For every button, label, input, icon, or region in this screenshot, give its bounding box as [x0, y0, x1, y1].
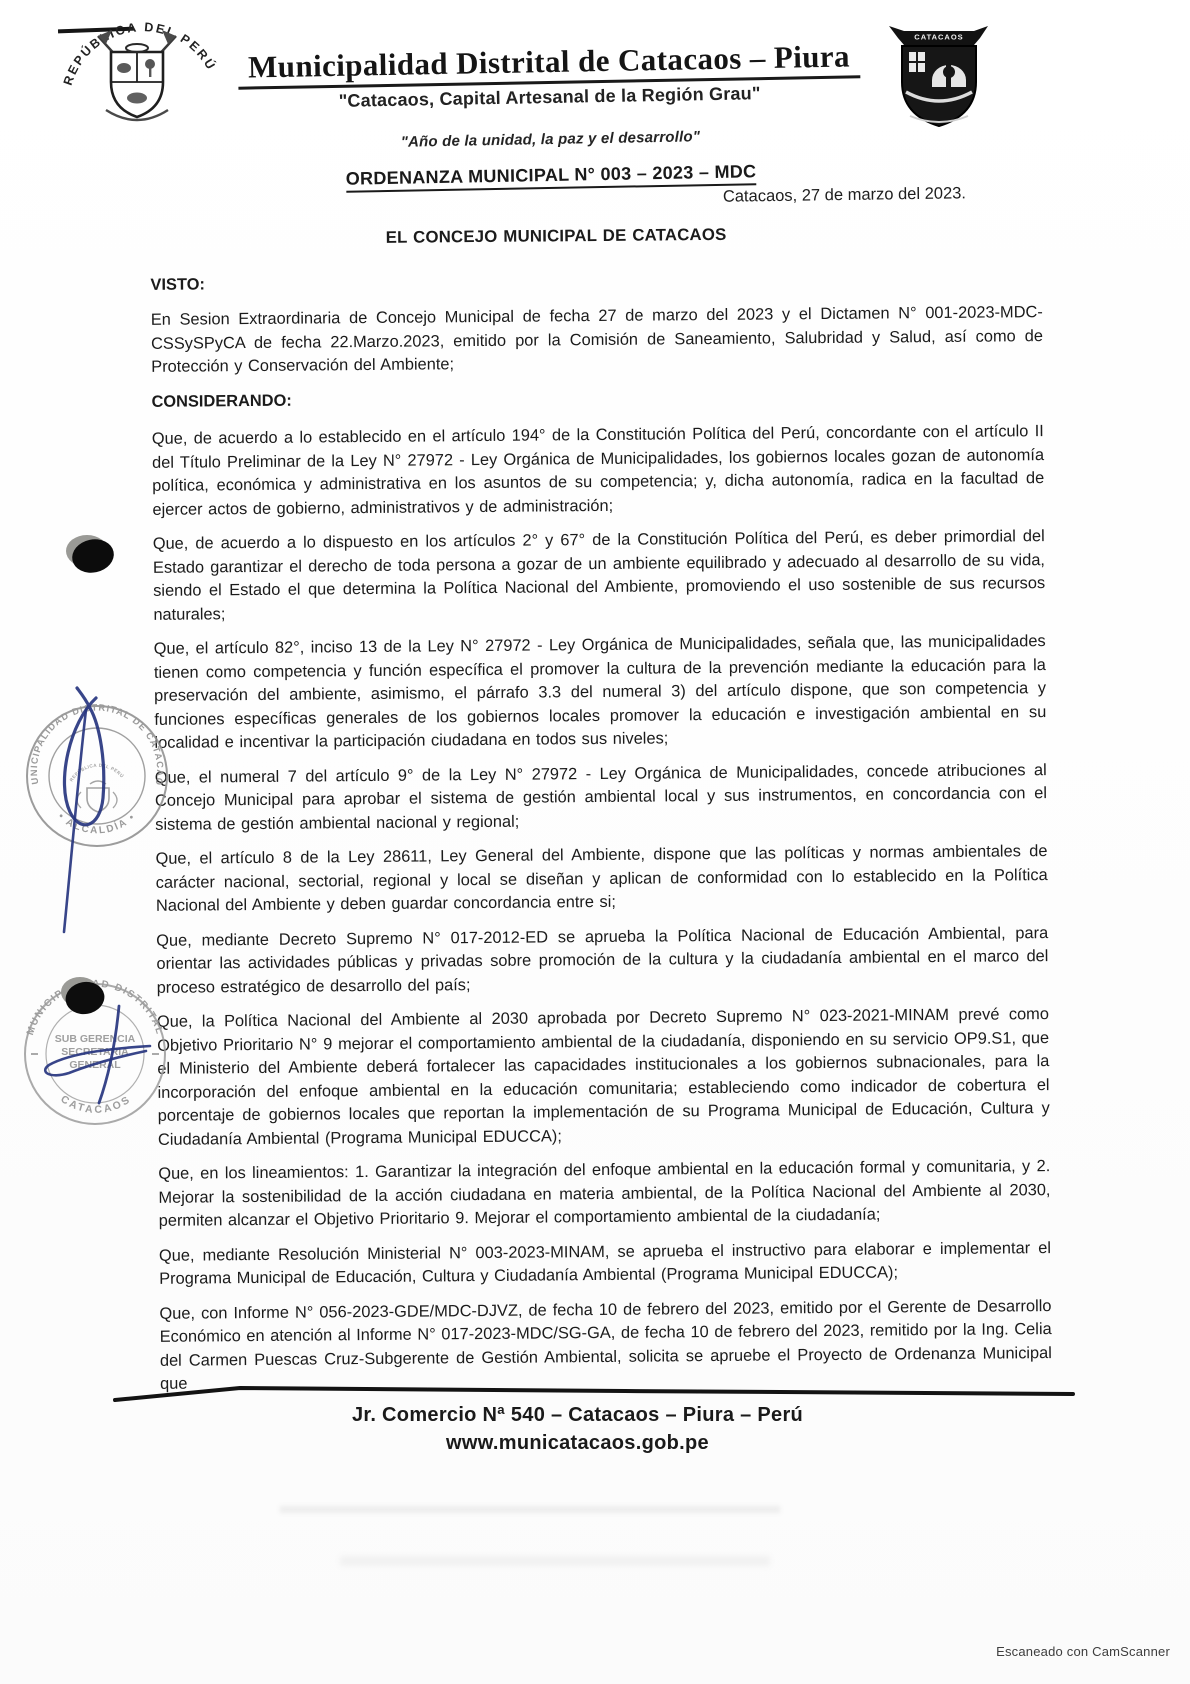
stamp2-center-line: GENERAL — [69, 1059, 121, 1071]
svg-text:• ALCALDÍA •: • ALCALDÍA • — [56, 811, 139, 836]
considerando-paragraph: Que, de acuerdo a lo dispuesto en los ar… — [153, 525, 1046, 627]
council-heading: EL CONCEJO MUNICIPAL DE CATACAOS — [150, 221, 962, 252]
stamp1-ring-bottom-text: • ALCALDÍA • — [56, 811, 139, 836]
svg-text:CATACAOS: CATACAOS — [58, 1093, 133, 1116]
considerando-paragraph: Que, mediante Decreto Supremo N° 017-201… — [156, 922, 1049, 1000]
organization-name: Municipalidad Distrital de Catacaos – Pi… — [238, 38, 861, 89]
considerando-paragraph: Que, en los lineamientos: 1. Garantizar … — [158, 1155, 1051, 1233]
considerando-paragraph: Que, el artículo 82°, inciso 13 de la Le… — [154, 630, 1047, 755]
document-footer: Jr. Comercio Nª 540 – Catacaos – Piura –… — [115, 1401, 1040, 1457]
considerando-paragraph: Que, el numeral 7 del artículo 9° de la … — [155, 759, 1048, 837]
svg-text:MUNICIPALIDAD DISTRITAL: MUNICIPALIDAD DISTRITAL — [25, 979, 165, 1037]
footer-website: www.municatacaos.gob.pe — [115, 1429, 1040, 1457]
scan-ghost-mark — [340, 1556, 770, 1566]
stamp2-ring-top-text: MUNICIPALIDAD DISTRITAL — [25, 979, 165, 1037]
stamp2-center-line: SUB GERENCIA — [55, 1033, 136, 1045]
svg-text:REPÚBLICA DEL PERÚ: REPÚBLICA DEL PERÚ — [69, 763, 126, 783]
considerando-paragraph: Que, de acuerdo a lo establecido en el a… — [152, 420, 1045, 522]
stamp1-inner-caption: REPÚBLICA DEL PERÚ — [69, 763, 126, 783]
year-motto: "Año de la unidad, la paz y el desarroll… — [140, 123, 960, 155]
stamp2-center-line: SECRETARIA — [61, 1046, 129, 1058]
visto-paragraph: En Sesion Extraordinaria de Concejo Muni… — [151, 301, 1044, 379]
considerando-paragraph: Que, el artículo 8 de la Ley 28611, Ley … — [155, 840, 1048, 918]
svg-text:MUNICIPALIDAD DISTRITAL DE CAT: MUNICIPALIDAD DISTRITAL DE CATACAOS — [15, 692, 165, 787]
document-header: Municipalidad Distrital de Catacaos – Pi… — [139, 36, 962, 196]
scanned-document-page: REPÚBLICA DEL PERÚ CATACAOS — [0, 0, 1190, 1684]
stamp1-ring-top-text: MUNICIPALIDAD DISTRITAL DE CATACAOS — [15, 692, 165, 787]
considerando-paragraph: Que, mediante Resolución Ministerial N° … — [159, 1237, 1051, 1292]
visto-label: VISTO: — [150, 266, 1042, 297]
document-body: EL CONCEJO MUNICIPAL DE CATACAOS VISTO: … — [150, 220, 1052, 1407]
footer-address: Jr. Comercio Nª 540 – Catacaos – Piura –… — [115, 1401, 1040, 1429]
considerando-label: CONSIDERANDO: — [151, 383, 1043, 414]
camscanner-watermark: Escaneado con CamScanner — [996, 1644, 1170, 1659]
considerando-paragraph: Que, la Política Nacional del Ambiente a… — [157, 1003, 1050, 1152]
stamp2-ring-bottom-text: CATACAOS — [58, 1093, 133, 1116]
scan-ghost-mark — [280, 1506, 780, 1513]
